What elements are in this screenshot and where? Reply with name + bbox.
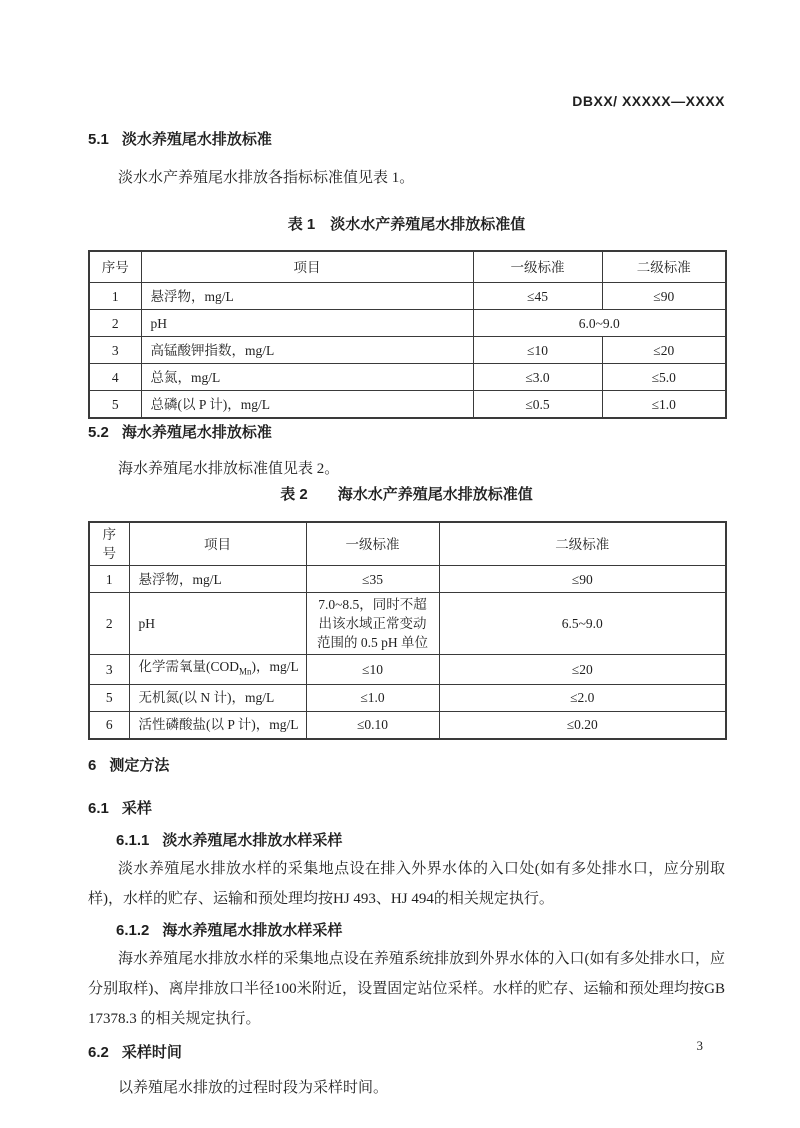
table1-caption-title: 淡水水产养殖尾水排放标准值 xyxy=(330,216,525,233)
table-cell: 1 xyxy=(89,283,141,310)
section-title: 淡水养殖尾水排放标准 xyxy=(122,131,272,148)
table-cell: ≤2.0 xyxy=(439,684,726,711)
section-heading-5-2: 5.2海水养殖尾水排放标准 xyxy=(88,423,725,442)
table-cell: ≤1.0 xyxy=(306,684,439,711)
table-header-cell: 序号 xyxy=(89,522,129,566)
table-cell: 总氮，mg/L xyxy=(141,364,473,391)
table-cell: ≤5.0 xyxy=(602,364,726,391)
table-freshwater-standards: 序号项目一级标准二级标准1悬浮物，mg/L≤45≤902pH6.0~9.03高锰… xyxy=(88,250,727,419)
table-cell: 悬浮物，mg/L xyxy=(141,283,473,310)
page-number: 3 xyxy=(697,1038,704,1054)
table-cell: ≤20 xyxy=(439,655,726,685)
table-cell: ≤0.5 xyxy=(473,391,602,419)
section-heading-6: 6测定方法 xyxy=(88,756,725,775)
table2-caption-title: 海水水产养殖尾水排放标准值 xyxy=(338,486,533,503)
section-number: 6.2 xyxy=(88,1044,109,1061)
doc-code: DBXX/ XXXXX—XXXX xyxy=(88,0,725,109)
section-number: 5.1 xyxy=(88,131,109,148)
table1-caption: 表 1淡水水产养殖尾水排放标准值 xyxy=(88,215,725,235)
paragraph-5-2: 海水养殖尾水排放标准值见表 2。 xyxy=(88,454,725,484)
table2-caption: 表 2海水水产养殖尾水排放标准值 xyxy=(88,485,725,505)
table-row: 5无机氮(以 N 计)，mg/L≤1.0≤2.0 xyxy=(89,684,726,711)
table-cell: ≤0.20 xyxy=(439,711,726,739)
section-title: 淡水养殖尾水排放水样采样 xyxy=(162,832,342,849)
section-title: 海水养殖尾水排放标准 xyxy=(122,424,272,441)
paragraph-5-1: 淡水水产养殖尾水排放各指标标准值见表 1。 xyxy=(88,163,725,193)
table-cell: ≤90 xyxy=(439,566,726,593)
table-cell: 1 xyxy=(89,566,129,593)
table-cell: 化学需氧量(CODMn)，mg/L xyxy=(129,655,306,685)
page-content: DBXX/ XXXXX—XXXX 5.1淡水养殖尾水排放标准 淡水水产养殖尾水排… xyxy=(0,0,800,1103)
table-cell: 活性磷酸盐(以 P 计)，mg/L xyxy=(129,711,306,739)
section-number: 6 xyxy=(88,757,96,774)
table-cell: 5 xyxy=(89,684,129,711)
table-cell: ≤10 xyxy=(473,337,602,364)
section-title: 采样时间 xyxy=(122,1044,182,1061)
table-cell: 2 xyxy=(89,310,141,337)
table-header-row: 序号项目一级标准二级标准 xyxy=(89,251,726,283)
paragraph-6-1-1: 淡水养殖尾水排放水样的采集地点设在排入外界水体的入口处(如有多处排水口，应分别取… xyxy=(88,854,725,914)
table-header-cell: 二级标准 xyxy=(439,522,726,566)
table-cell: ≤0.10 xyxy=(306,711,439,739)
section-title: 海水养殖尾水排放水样采样 xyxy=(162,922,342,939)
table-cell: 3 xyxy=(89,655,129,685)
table-row: 1悬浮物，mg/L≤45≤90 xyxy=(89,283,726,310)
section-number: 5.2 xyxy=(88,424,109,441)
paragraph-6-2: 以养殖尾水排放的过程时段为采样时间。 xyxy=(88,1073,725,1103)
table-row: 1悬浮物，mg/L≤35≤90 xyxy=(89,566,726,593)
table-cell: pH xyxy=(141,310,473,337)
table-row: 4总氮，mg/L≤3.0≤5.0 xyxy=(89,364,726,391)
section-title: 测定方法 xyxy=(109,757,169,774)
table-cell: 总磷(以 P 计)，mg/L xyxy=(141,391,473,419)
table-seawater-standards: 序号项目一级标准二级标准1悬浮物，mg/L≤35≤902pH7.0~8.5，同时… xyxy=(88,521,727,740)
table-cell: ≤1.0 xyxy=(602,391,726,419)
table-cell: ≤10 xyxy=(306,655,439,685)
section-heading-6-1: 6.1采样 xyxy=(88,799,725,818)
table-cell: ≤3.0 xyxy=(473,364,602,391)
table-cell: ≤45 xyxy=(473,283,602,310)
section-heading-6-2: 6.2采样时间 xyxy=(88,1043,725,1062)
table-header-row: 序号项目一级标准二级标准 xyxy=(89,522,726,566)
table-cell: ≤35 xyxy=(306,566,439,593)
table-cell: 高锰酸钾指数，mg/L xyxy=(141,337,473,364)
table-cell: 4 xyxy=(89,364,141,391)
table-row: 2pH6.0~9.0 xyxy=(89,310,726,337)
section-number: 6.1.1 xyxy=(116,832,149,849)
table-header-cell: 序号 xyxy=(89,251,141,283)
table2-caption-label: 表 2 xyxy=(280,486,308,503)
table-row: 5总磷(以 P 计)，mg/L≤0.5≤1.0 xyxy=(89,391,726,419)
table-cell: 2 xyxy=(89,593,129,655)
table-cell: 无机氮(以 N 计)，mg/L xyxy=(129,684,306,711)
table-cell: 6.5~9.0 xyxy=(439,593,726,655)
table-row: 2pH7.0~8.5，同时不超出该水域正常变动范围的 0.5 pH 单位6.5~… xyxy=(89,593,726,655)
table-row: 6活性磷酸盐(以 P 计)，mg/L≤0.10≤0.20 xyxy=(89,711,726,739)
section-heading-6-1-2: 6.1.2海水养殖尾水排放水样采样 xyxy=(116,921,725,940)
table-header-cell: 一级标准 xyxy=(306,522,439,566)
table-cell: ≤20 xyxy=(602,337,726,364)
table-header-cell: 项目 xyxy=(141,251,473,283)
paragraph-6-1-2: 海水养殖尾水排放水样的采集地点设在养殖系统排放到外界水体的入口(如有多处排水口，… xyxy=(88,944,725,1034)
document-page: DBXX/ XXXXX—XXXX 5.1淡水养殖尾水排放标准 淡水水产养殖尾水排… xyxy=(0,0,800,1128)
table-cell: 悬浮物，mg/L xyxy=(129,566,306,593)
table-header-cell: 二级标准 xyxy=(602,251,726,283)
section-number: 6.1 xyxy=(88,800,109,817)
section-heading-6-1-1: 6.1.1淡水养殖尾水排放水样采样 xyxy=(116,831,725,850)
table-cell: 7.0~8.5，同时不超出该水域正常变动范围的 0.5 pH 单位 xyxy=(306,593,439,655)
section-title: 采样 xyxy=(122,800,152,817)
table-cell: ≤90 xyxy=(602,283,726,310)
table-row: 3化学需氧量(CODMn)，mg/L≤10≤20 xyxy=(89,655,726,685)
table-cell: pH xyxy=(129,593,306,655)
table-row: 3高锰酸钾指数，mg/L≤10≤20 xyxy=(89,337,726,364)
table-header-cell: 项目 xyxy=(129,522,306,566)
table-header-cell: 一级标准 xyxy=(473,251,602,283)
table-cell: 3 xyxy=(89,337,141,364)
table-cell: 6.0~9.0 xyxy=(473,310,726,337)
table-cell: 6 xyxy=(89,711,129,739)
table-cell: 5 xyxy=(89,391,141,419)
section-heading-5-1: 5.1淡水养殖尾水排放标准 xyxy=(88,130,725,149)
section-number: 6.1.2 xyxy=(116,922,149,939)
table1-caption-label: 表 1 xyxy=(288,216,316,233)
